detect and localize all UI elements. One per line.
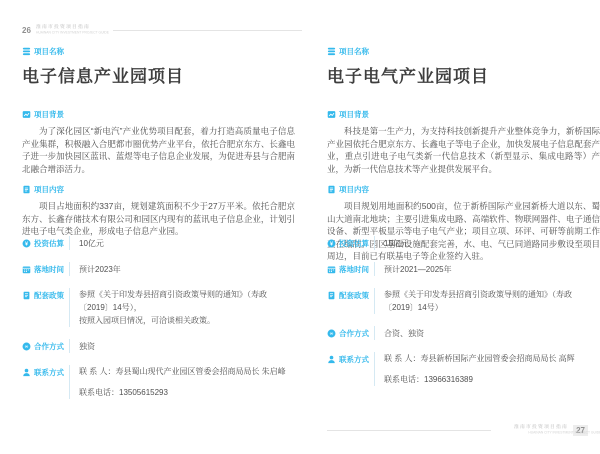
info-rows: ¥ 投资估算 10亿元 落地时间 预计2023年 配套政策: [22, 236, 295, 411]
page-footer: 淮南市投资项目指南 HUAINAN CITY INVESTMENT PROJEC…: [327, 424, 588, 436]
coin-icon: ¥: [22, 239, 31, 248]
contact-person: 联 系 人：寿县蜀山现代产业园区管委会招商局局长 朱启峰: [79, 365, 286, 378]
row-value-text: 预计2023年: [79, 263, 121, 276]
section-project-name: 项目名称: [327, 46, 600, 57]
guide-title-cn: 淮南市投资项目指南: [36, 25, 94, 30]
row-label-text: 合作方式: [339, 328, 369, 339]
row-value-text: 10亿元: [79, 237, 104, 250]
row-value: 联 系 人：寿县新桥国际产业园管委会招商局局长 高辉 联系电话：13966316…: [374, 352, 575, 386]
info-row-contact: 联系方式 联 系 人：寿县蜀山现代产业园区管委会招商局局长 朱启峰 联系电话：1…: [22, 365, 295, 399]
row-value-text: 合资、独资: [384, 327, 424, 340]
project-name-label: 项目名称: [339, 46, 369, 57]
project-background-label: 项目背景: [34, 109, 64, 120]
info-row-timeline: 落地时间 预计2023年: [22, 262, 295, 276]
coin-icon: ¥: [327, 239, 336, 248]
info-row-investment: ¥ 投资估算 15亿元: [327, 236, 600, 250]
guide-title-en: HUAINAN CITY INVESTMENT PROJECT GUIDE: [36, 31, 76, 34]
svg-text:∞: ∞: [330, 332, 334, 337]
row-label: 联系方式: [327, 352, 374, 365]
footer-titles: 淮南市投资项目指南 HUAINAN CITY INVESTMENT PROJEC…: [496, 424, 568, 436]
row-label-text: 配套政策: [34, 290, 64, 301]
policy-file-icon: [327, 291, 336, 300]
svg-text:¥: ¥: [330, 241, 333, 247]
row-label-text: 配套政策: [339, 290, 369, 301]
row-value-text: 预计2021—2025年: [384, 263, 452, 276]
section-project-content: 项目内容: [327, 184, 600, 195]
row-label-text: 合作方式: [34, 341, 64, 352]
calendar-icon: [327, 265, 336, 274]
row-value: 独资: [69, 339, 95, 353]
section-project-background: 项目背景: [22, 109, 295, 120]
row-label: 配套政策: [22, 288, 69, 301]
guide-title-en: HUAINAN CITY INVESTMENT PROJECT GUIDE: [528, 431, 568, 434]
row-label: 落地时间: [327, 262, 374, 275]
document-spread: 26 淮南市投资项目指南 HUAINAN CITY INVESTMENT PRO…: [0, 0, 600, 454]
person-icon: [327, 355, 336, 364]
person-icon: [22, 368, 31, 377]
row-value-text: 15亿元: [384, 237, 409, 250]
pages-container: 项目名称 电子信息产业园项目 项目背景 为了深化园区“新电汽”产业优势项目配套，…: [22, 46, 600, 434]
info-rows: ¥ 投资估算 15亿元 落地时间 预计2021—2025年 配套政策: [327, 236, 600, 398]
row-value-text-2: 按照入园项目情况，可洽谈相关政策。: [79, 314, 295, 327]
project-background-label: 项目背景: [339, 109, 369, 120]
svg-text:∞: ∞: [25, 345, 29, 350]
row-label-text: 投资估算: [339, 238, 369, 249]
image-icon: [22, 110, 31, 119]
project-content-label: 项目内容: [34, 184, 64, 195]
row-label: 配套政策: [327, 288, 374, 301]
info-row-cooperation: ∞ 合作方式 合资、独资: [327, 326, 600, 340]
page-left: 项目名称 电子信息产业园项目 项目背景 为了深化园区“新电汽”产业优势项目配套，…: [22, 46, 295, 434]
row-label: ∞ 合作方式: [22, 339, 69, 352]
info-row-policy: 配套政策 参照《关于印发寿县招商引资政策导则的通知》（寿政〔2019〕14号）: [327, 288, 600, 314]
info-row-cooperation: ∞ 合作方式 独资: [22, 339, 295, 353]
row-label-text: 落地时间: [34, 264, 64, 275]
row-label: ∞ 合作方式: [327, 326, 374, 339]
row-value: 参照《关于印发寿县招商引资政策导则的通知》（寿政〔2019〕14号）: [374, 288, 600, 314]
guide-title-cn: 淮南市投资项目指南: [510, 425, 568, 430]
header-rule: [113, 30, 302, 31]
contact-phone: 联系电话：13505615293: [79, 386, 286, 399]
row-value-text: 独资: [79, 340, 95, 353]
svg-text:¥: ¥: [25, 241, 28, 247]
row-value-text: 参照《关于印发寿县招商引资政策导则的通知》（寿政〔2019〕14号）: [384, 288, 600, 314]
page-right: 项目名称 电子电气产业园项目 项目背景 科技是第一生产力，为支持科技创新提升产业…: [327, 46, 600, 434]
document-icon: [327, 185, 336, 194]
info-row-policy: 配套政策 参照《关于印发寿县招商引资政策导则的通知》（寿政〔2019〕14号），…: [22, 288, 295, 327]
footer-rule: [327, 430, 491, 431]
row-value-text: 参照《关于印发寿县招商引资政策导则的通知》（寿政〔2019〕14号），: [79, 288, 295, 314]
policy-file-icon: [22, 291, 31, 300]
contact-phone: 联系电话：13966316389: [384, 373, 575, 386]
row-value: 联 系 人：寿县蜀山现代产业园区管委会招商局局长 朱启峰 联系电话：135056…: [69, 365, 286, 399]
project-title: 电子信息产业园项目: [22, 62, 295, 87]
row-value: 10亿元: [69, 236, 104, 250]
project-title: 电子电气产业园项目: [327, 62, 600, 87]
project-background-text: 科技是第一生产力，为支持科技创新提升产业整体竞争力，新桥国际产业园依托合肥京东方…: [327, 125, 600, 175]
header-titles: 淮南市投资项目指南 HUAINAN CITY INVESTMENT PROJEC…: [36, 24, 108, 36]
row-label-text: 投资估算: [34, 238, 64, 249]
section-project-name: 项目名称: [22, 46, 295, 57]
project-content-text: 项目占地面积约337亩，规划建筑面积不少于27万平米。依托合肥京东方、长鑫存储技…: [22, 200, 295, 238]
row-label-text: 联系方式: [34, 367, 64, 378]
row-label-text: 联系方式: [339, 354, 369, 365]
row-label: 联系方式: [22, 365, 69, 378]
row-label-text: 落地时间: [339, 264, 369, 275]
row-label: ¥ 投资估算: [22, 236, 69, 249]
contact-person: 联 系 人：寿县新桥国际产业园管委会招商局局长 高辉: [384, 352, 575, 365]
row-value: 预计2021—2025年: [374, 262, 452, 276]
cooperation-icon: ∞: [22, 342, 31, 351]
image-icon: [327, 110, 336, 119]
document-icon: [22, 185, 31, 194]
row-value: 合资、独资: [374, 326, 424, 340]
page-header: 26 淮南市投资项目指南 HUAINAN CITY INVESTMENT PRO…: [22, 24, 302, 36]
row-label: ¥ 投资估算: [327, 236, 374, 249]
section-project-content: 项目内容: [22, 184, 295, 195]
info-row-investment: ¥ 投资估算 10亿元: [22, 236, 295, 250]
project-name-label: 项目名称: [34, 46, 64, 57]
row-value: 参照《关于印发寿县招商引资政策导则的通知》（寿政〔2019〕14号）， 按照入园…: [69, 288, 295, 327]
calendar-icon: [22, 265, 31, 274]
row-label: 落地时间: [22, 262, 69, 275]
project-background-text: 为了深化园区“新电汽”产业优势项目配套，着力打造高质量电子信息产业集群，积极融入…: [22, 125, 295, 175]
layers-icon: [22, 47, 31, 56]
info-row-contact: 联系方式 联 系 人：寿县新桥国际产业园管委会招商局局长 高辉 联系电话：139…: [327, 352, 600, 386]
page-number-left: 26: [22, 26, 31, 35]
project-content-label: 项目内容: [339, 184, 369, 195]
row-value: 15亿元: [374, 236, 409, 250]
cooperation-icon: ∞: [327, 329, 336, 338]
row-value: 预计2023年: [69, 262, 121, 276]
info-row-timeline: 落地时间 预计2021—2025年: [327, 262, 600, 276]
layers-icon: [327, 47, 336, 56]
section-project-background: 项目背景: [327, 109, 600, 120]
